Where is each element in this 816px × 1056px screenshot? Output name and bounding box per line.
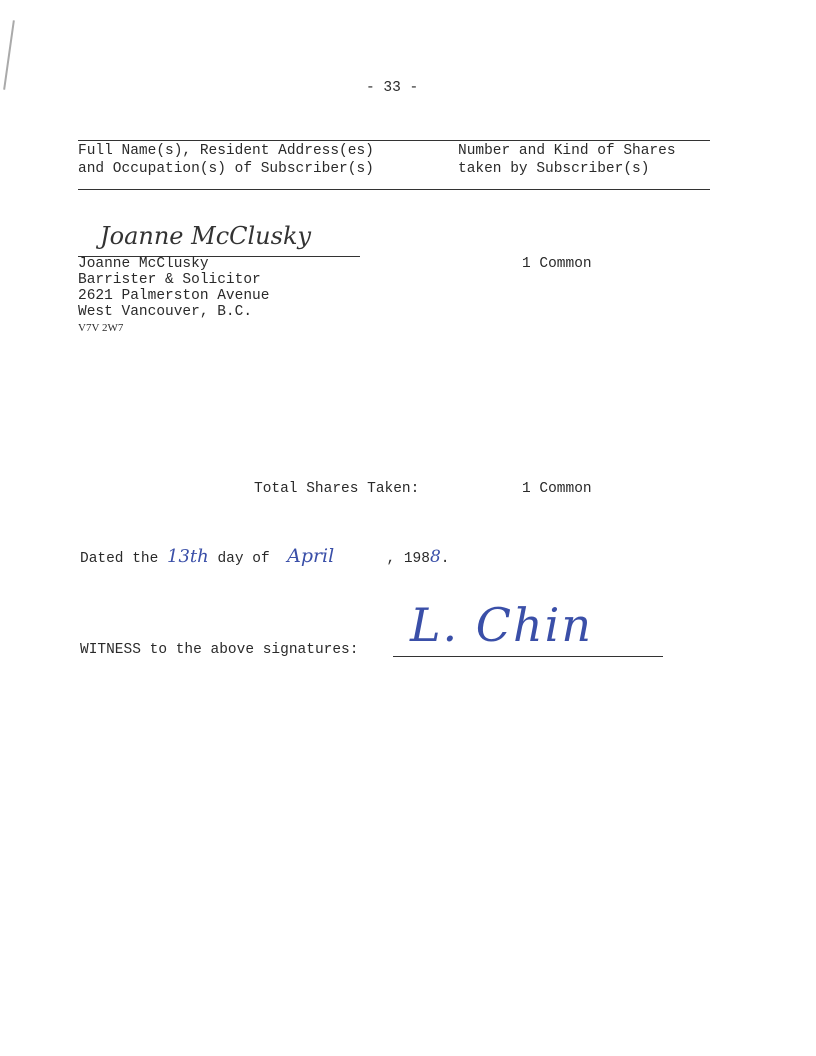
handwritten-year-digit: 8 — [430, 547, 441, 567]
header-bottom-rule — [78, 189, 710, 190]
total-shares-label: Total Shares Taken: — [254, 481, 419, 497]
witness-signature-line — [393, 656, 663, 657]
subscriber-address-2: West Vancouver, B.C. — [78, 304, 252, 320]
handwritten-day: 13th — [167, 546, 209, 567]
total-shares-value: 1 Common — [522, 481, 592, 497]
subscriber-shares: 1 Common — [522, 256, 592, 272]
header-top-rule — [78, 140, 710, 141]
witness-label: WITNESS to the above signatures: — [80, 642, 358, 658]
column-header-subscriber: Full Name(s), Resident Address(es) and O… — [78, 142, 374, 178]
subscriber-name: Joanne McClusky — [78, 256, 209, 272]
subscriber-address-1: 2621 Palmerston Avenue — [78, 288, 269, 304]
subscriber-occupation: Barrister & Solicitor — [78, 272, 261, 288]
witness-signature: L. Chin — [410, 598, 593, 652]
subscriber-postal: V7V 2W7 — [78, 322, 123, 334]
subscriber-signature: Joanne McClusky — [100, 222, 311, 250]
dated-line: Dated the 13th day of April , 1988. — [80, 545, 449, 567]
handwritten-month: April — [287, 545, 334, 567]
column-header-shares: Number and Kind of Shares taken by Subsc… — [458, 142, 676, 178]
page-number: - 33 - — [366, 80, 418, 96]
subscriber-block: Joanne McClusky Barrister & Solicitor 26… — [78, 256, 269, 336]
scan-artifact — [3, 20, 14, 90]
